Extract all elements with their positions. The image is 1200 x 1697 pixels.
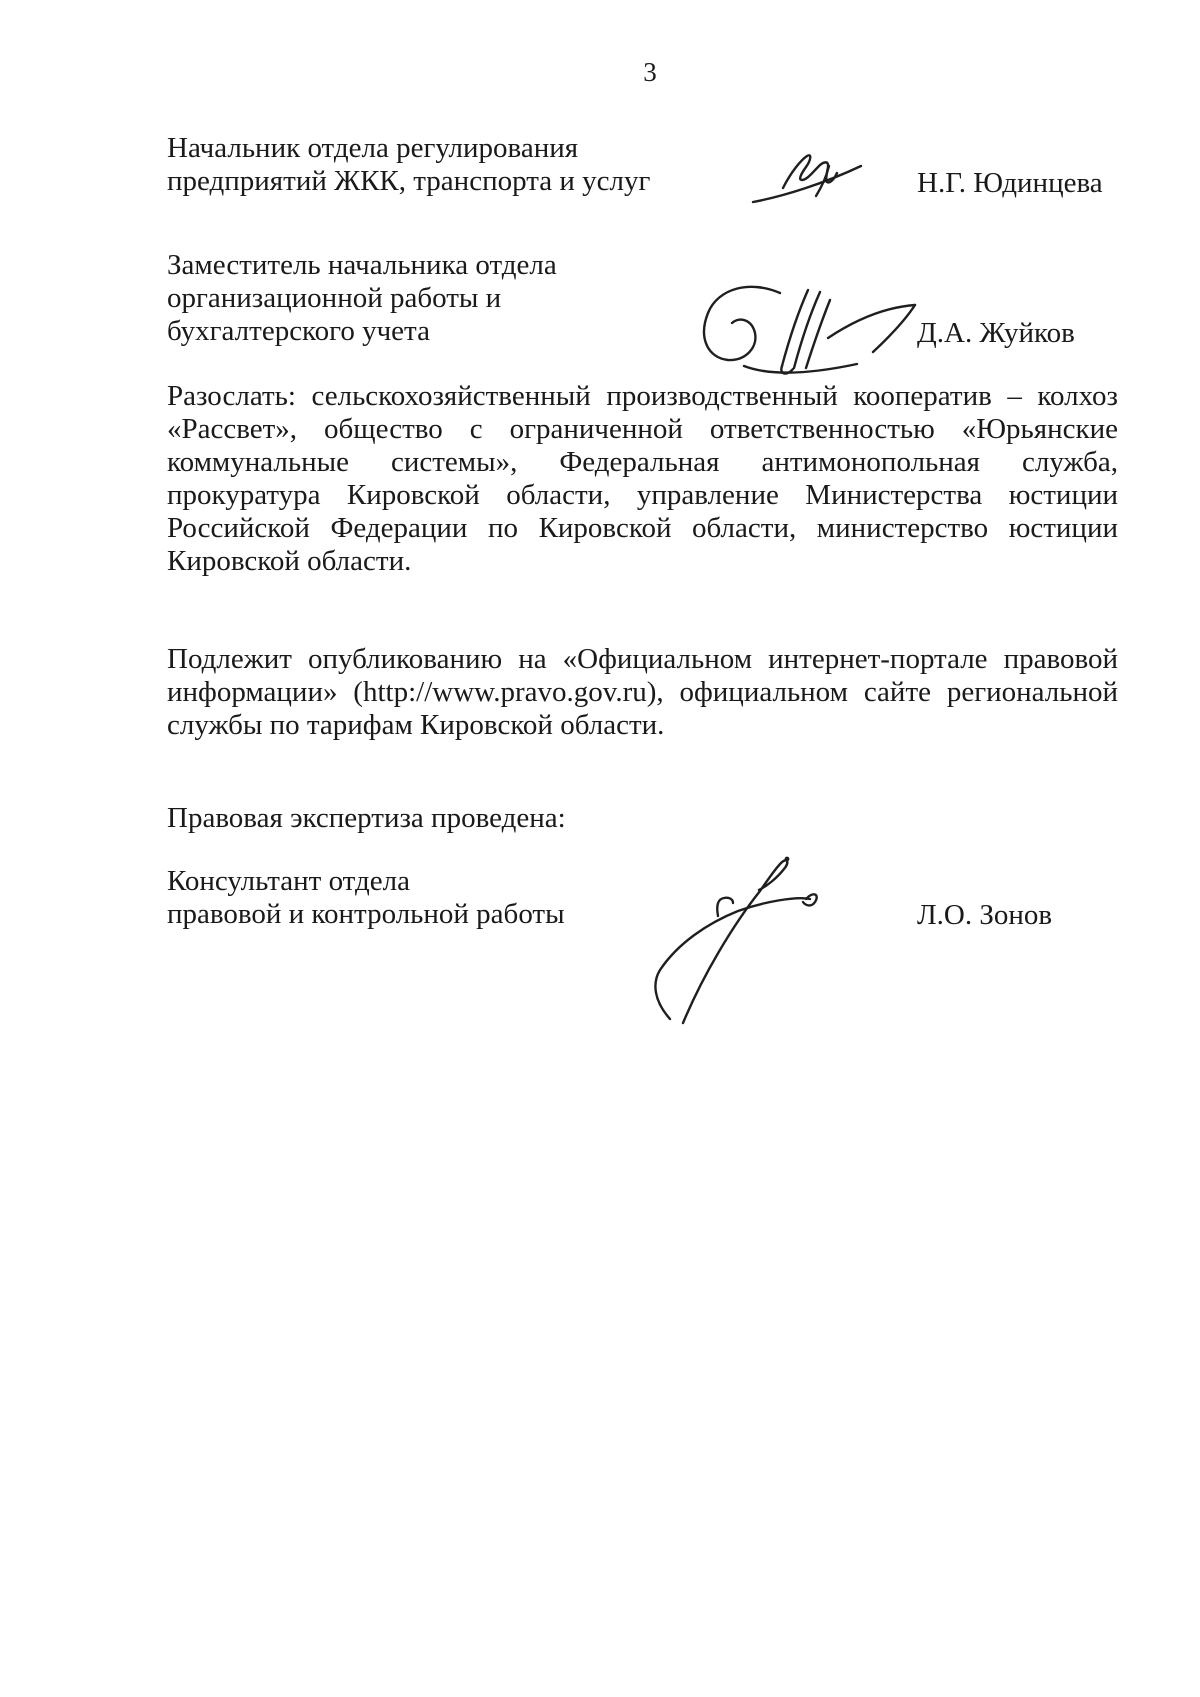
- consultant-title-line-1: Консультант отдела: [167, 865, 727, 898]
- consultant-title: Консультант отдела правовой и контрольно…: [167, 865, 727, 931]
- official-title-2-line-2: организационной работы и: [167, 282, 727, 315]
- official-title-2-line-1: Заместитель начальника отдела: [167, 249, 727, 282]
- consultant-name: Л.О. Зонов: [917, 899, 1052, 932]
- official-name-1: Н.Г. Юдинцева: [917, 167, 1103, 200]
- signature-zonov-icon: [648, 853, 824, 1031]
- official-title-1-line-1: Начальник отдела регулирования: [167, 132, 727, 165]
- signature-yudintseva-icon: [745, 150, 863, 208]
- distribution-paragraph: Разослать: сельскохозяйственный производ…: [167, 380, 1118, 578]
- official-title-2: Заместитель начальника отдела организаци…: [167, 249, 727, 348]
- publication-paragraph: Подлежит опубликованию на «Официальном и…: [167, 643, 1118, 742]
- signature-zhuykov-icon: [690, 278, 925, 380]
- document-page: 3 Начальник отдела регулирования предпри…: [0, 0, 1200, 1697]
- consultant-title-line-2: правовой и контрольной работы: [167, 898, 727, 931]
- official-name-2: Д.А. Жуйков: [917, 317, 1075, 350]
- official-title-1-line-2: предприятий ЖКК, транспорта и услуг: [167, 165, 727, 198]
- expertise-heading: Правовая экспертиза проведена:: [167, 802, 566, 835]
- official-title-1: Начальник отдела регулирования предприят…: [167, 132, 727, 198]
- page-number: 3: [600, 56, 700, 89]
- official-title-2-line-3: бухгалтерского учета: [167, 315, 727, 348]
